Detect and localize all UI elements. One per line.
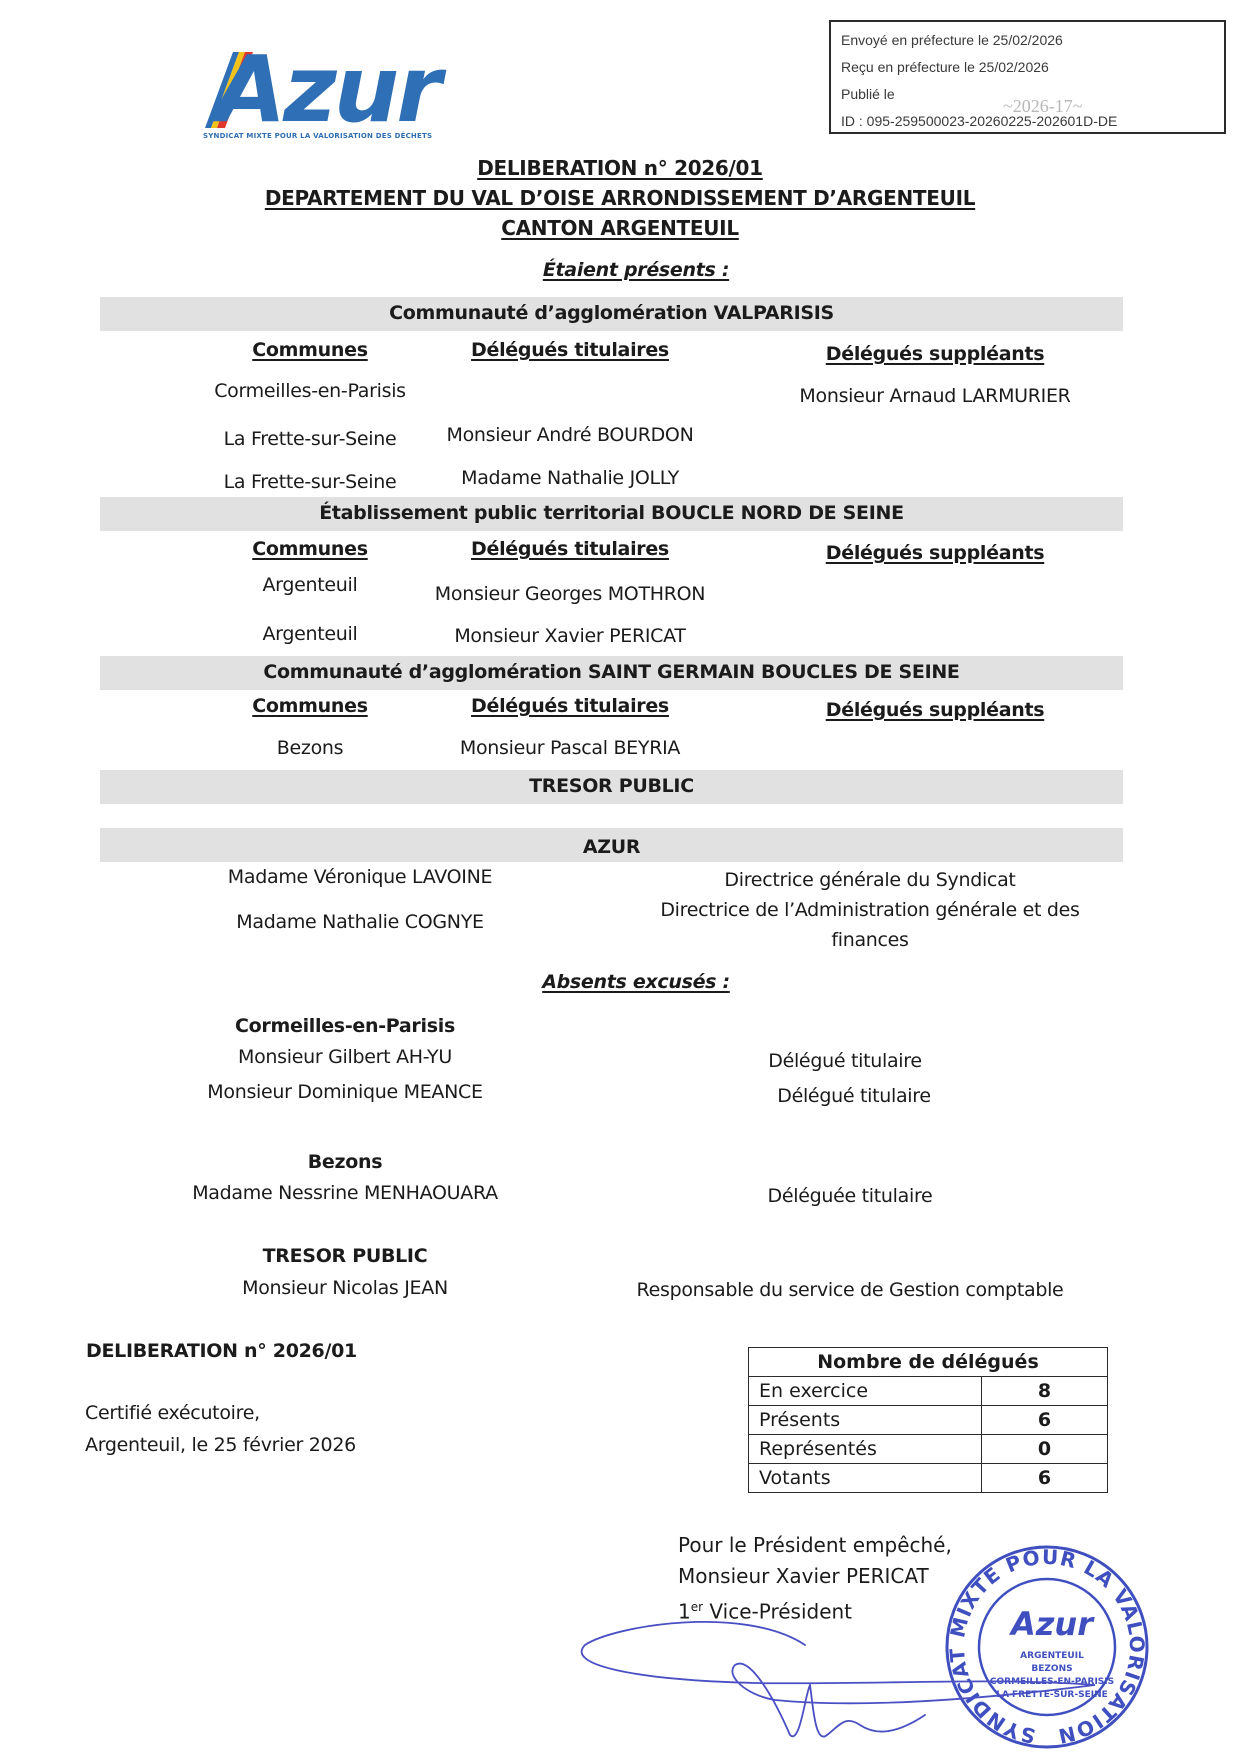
absent-person-name: Monsieur Nicolas JEAN (145, 1277, 545, 1299)
table-row: Votants 6 (749, 1464, 1108, 1493)
deliberation-title: DELIBERATION n° 2026/01 (0, 156, 1240, 180)
footer-deliberation: DELIBERATION n° 2026/01 (86, 1340, 357, 1362)
absent-person-role: Responsable du service de Gestion compta… (600, 1279, 1100, 1301)
titulaire-cell: Monsieur André BOURDON (400, 424, 740, 446)
absent-person-name: Madame Nessrine MENHAOUARA (145, 1182, 545, 1204)
titulaire-cell: Monsieur Xavier PERICAT (400, 625, 740, 647)
column-header-suppleants: Délégués suppléants (760, 343, 1110, 365)
absent-group-heading: TRESOR PUBLIC (145, 1245, 545, 1267)
column-header-suppleants: Délégués suppléants (760, 699, 1110, 721)
column-header-titulaires: Délégués titulaires (400, 695, 740, 717)
signature-line-1: Pour le Président empêché, (678, 1530, 952, 1561)
logo-word: Azur (215, 44, 439, 136)
present-title: Étaient présents : (386, 259, 886, 281)
azur-person-name: Madame Véronique LAVOINE (160, 866, 560, 888)
titulaire-cell: Monsieur Pascal BEYRIA (400, 737, 740, 759)
handwritten-signature-icon (575, 1585, 1135, 1745)
canton-title: CANTON ARGENTEUIL (0, 216, 1240, 240)
titulaire-cell: Monsieur Georges MOTHRON (400, 583, 740, 605)
suppleant-cell: Monsieur Arnaud LARMURIER (760, 385, 1110, 407)
department-title: DEPARTEMENT DU VAL D’OISE ARRONDISSEMENT… (0, 186, 1240, 210)
absents-title: Absents excusés : (386, 971, 886, 993)
group-name: Établissement public territorial BOUCLE … (100, 502, 1123, 524)
count-value: 6 (982, 1406, 1108, 1435)
group-name: Communauté d’agglomération VALPARISIS (100, 302, 1123, 324)
count-table-title: Nombre de délégués (749, 1348, 1108, 1377)
table-row: En exercice 8 (749, 1377, 1108, 1406)
count-label: Présents (749, 1406, 982, 1435)
document-id: ID : 095-259500023-20260225-202601D-DE (841, 113, 1117, 129)
azur-person-role: Directrice générale du Syndicat (620, 869, 1120, 891)
absent-person-role: Déléguée titulaire (650, 1185, 1050, 1207)
table-row: Représentés 0 (749, 1435, 1108, 1464)
count-label: Votants (749, 1464, 982, 1493)
azur-person-role: Directrice de l’Administration générale … (620, 899, 1120, 921)
absent-group-heading: Bezons (145, 1151, 545, 1173)
prefecture-stamp-box: Envoyé en préfecture le 25/02/2026 Reçu … (829, 20, 1226, 134)
place-date: Argenteuil, le 25 février 2026 (85, 1434, 356, 1456)
count-value: 6 (982, 1464, 1108, 1493)
titulaire-cell: Madame Nathalie JOLLY (400, 467, 740, 489)
count-value: 0 (982, 1435, 1108, 1464)
count-label: Représentés (749, 1435, 982, 1464)
sent-date: Envoyé en préfecture le 25/02/2026 (841, 32, 1063, 48)
absent-person-role: Délégué titulaire (645, 1050, 1045, 1072)
absent-group-heading: Cormeilles-en-Parisis (145, 1015, 545, 1037)
tresor-band-label: TRESOR PUBLIC (100, 775, 1123, 797)
column-header-titulaires: Délégués titulaires (400, 339, 740, 361)
logo-subtitle: SYNDICAT MIXTE POUR LA VALORISATION DES … (203, 132, 432, 140)
count-value: 8 (982, 1377, 1108, 1406)
certified-label: Certifié exécutoire, (85, 1402, 260, 1424)
commune-cell: Cormeilles-en-Parisis (140, 380, 480, 402)
azur-person-name: Madame Nathalie COGNYE (160, 911, 560, 933)
absent-person-name: Monsieur Gilbert AH-YU (145, 1046, 545, 1068)
delegate-count-table: Nombre de délégués En exercice 8 Présent… (748, 1347, 1108, 1493)
absent-person-role: Délégué titulaire (654, 1085, 1054, 1107)
group-name: Communauté d’agglomération SAINT GERMAIN… (100, 661, 1123, 683)
published-label: Publié le (841, 86, 895, 102)
column-header-titulaires: Délégués titulaires (400, 538, 740, 560)
table-row: Présents 6 (749, 1406, 1108, 1435)
absent-person-name: Monsieur Dominique MEANCE (145, 1081, 545, 1103)
azur-logo: Azur SYNDICAT MIXTE POUR LA VALORISATION… (203, 50, 443, 142)
count-label: En exercice (749, 1377, 982, 1406)
received-date: Reçu en préfecture le 25/02/2026 (841, 59, 1049, 75)
column-header-suppleants: Délégués suppléants (760, 542, 1110, 564)
azur-band-label: AZUR (100, 836, 1123, 858)
azur-person-role-cont: finances (620, 929, 1120, 951)
